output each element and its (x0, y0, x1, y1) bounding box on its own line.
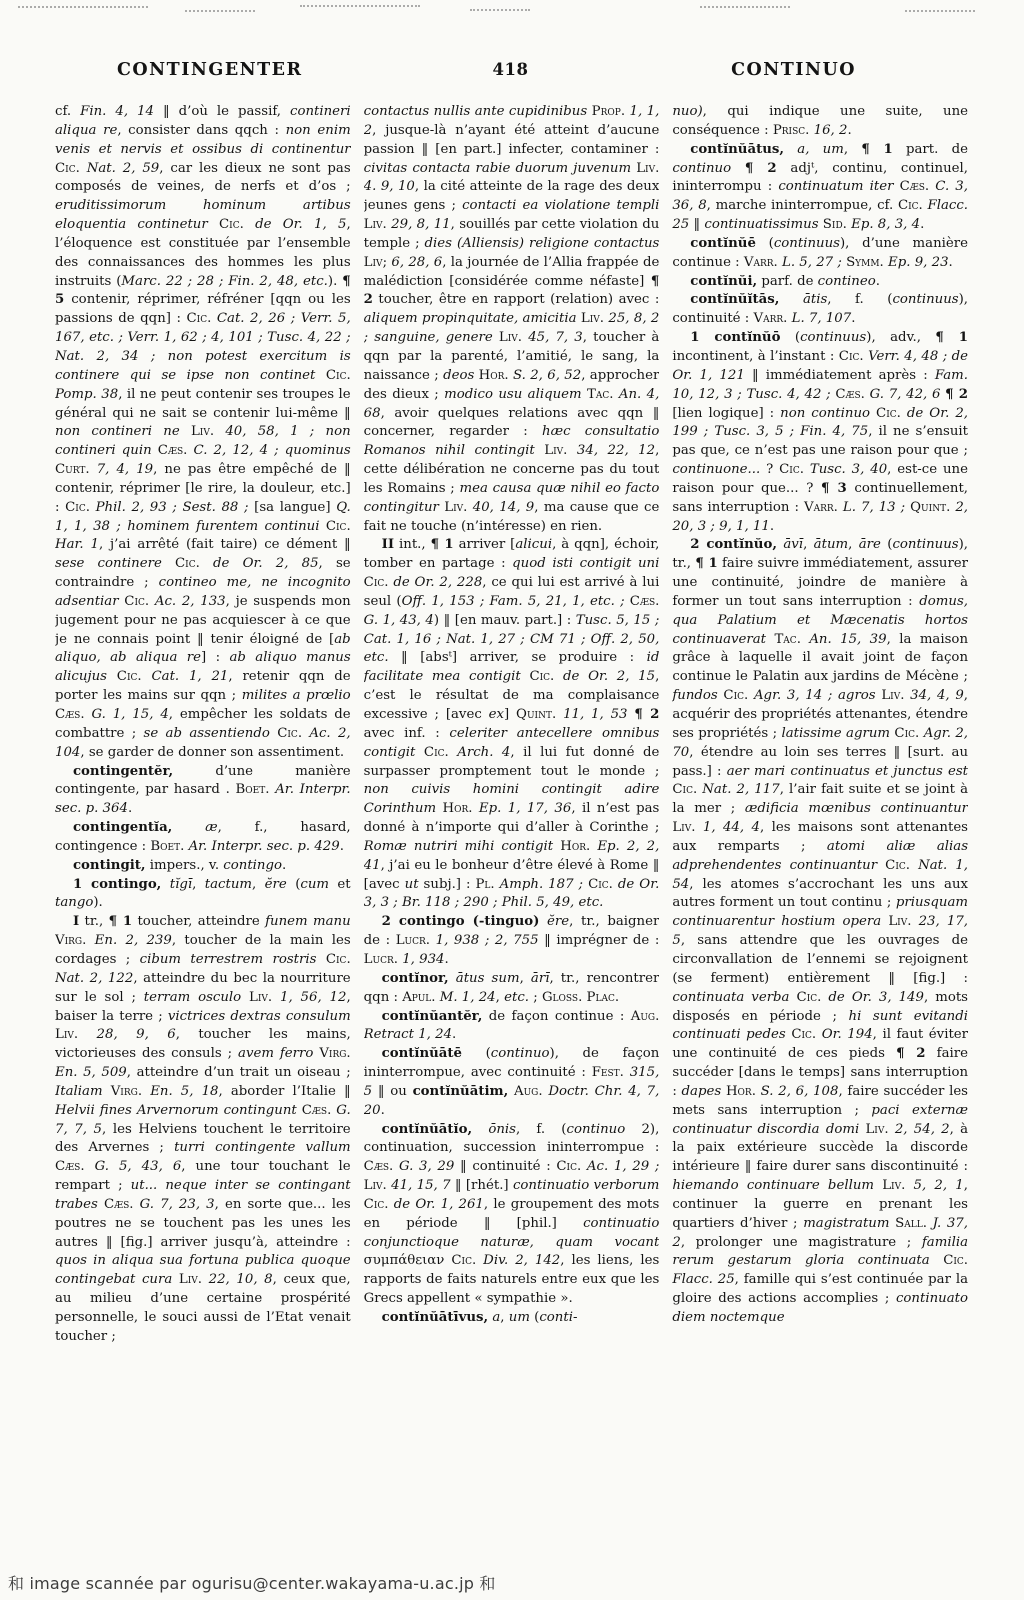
column-2: contactus nullis ante cupidinibus Prop. … (364, 103, 660, 1545)
column-3: nuo), qui indique une suite, une conséqu… (672, 103, 968, 1545)
paragraph: 1 contingo, tĭgī, tactum, ĕre (cum et ta… (55, 876, 351, 914)
paragraph: contingentĕr, d’une manière contingente,… (55, 763, 351, 820)
paragraph: contĭnŭātus, a, um, ¶ 1 part. de continu… (672, 141, 968, 235)
paragraph: contĭnŭē (continuus), d’une manière cont… (672, 235, 968, 273)
scanner-watermark: 和 image scannée par ogurisu@center.wakay… (8, 1571, 496, 1594)
paragraph: contĭnŭātĭo, ōnis, f. (continuo 2), cont… (364, 1121, 660, 1309)
paragraph: contĭnŭĭtās, ātis, f. (continuus), conti… (672, 291, 968, 329)
paragraph: contĭnŭantĕr, de façon continue : Aug. R… (364, 1008, 660, 1046)
page-number: 418 (365, 60, 657, 79)
scan-artifact (700, 6, 790, 8)
scan-artifact (300, 5, 420, 7)
paragraph: contĭnor, ātus sum, ārī, tr., rencontrer… (364, 970, 660, 1008)
paragraph: 2 contĭnŭo, āvī, ātum, āre (continuus), … (672, 536, 968, 1327)
running-head-right: CONTINUO (656, 60, 966, 80)
scan-artifact (905, 10, 975, 12)
paragraph: contactus nullis ante cupidinibus Prop. … (364, 103, 660, 536)
scan-artifact (470, 9, 530, 11)
scanned-dictionary-page: CONTINGENTER 418 CONTINUO cf. Fin. 4, 14… (0, 0, 1024, 1600)
paragraph: cf. Fin. 4, 14 ‖ d’où le passif, contine… (55, 103, 351, 763)
paragraph: contĭnŭātīvus, a, um (conti- (364, 1309, 660, 1328)
running-head-left: CONTINGENTER (55, 60, 365, 80)
paragraph: II int., ¶ 1 arriver [alicui, à qqn], éc… (364, 536, 660, 913)
paragraph: contingit, impers., v. contingo. (55, 857, 351, 876)
paragraph: 2 contingo (-tinguo) ĕre, tr., baigner d… (364, 913, 660, 970)
column-1: cf. Fin. 4, 14 ‖ d’où le passif, contine… (55, 103, 351, 1545)
paragraph: contĭnŭātē (continuo), de façon ininterr… (364, 1045, 660, 1120)
paragraph: I tr., ¶ 1 toucher, atteindre funem manu… (55, 913, 351, 1346)
paragraph: contĭnŭi, parf. de contineo. (672, 273, 968, 292)
paragraph: contingentĭa, æ, f., hasard, contingence… (55, 819, 351, 857)
paragraph: 1 contĭnŭō (continuus), adv., ¶ 1 incont… (672, 329, 968, 536)
text-columns: cf. Fin. 4, 14 ‖ d’où le passif, contine… (55, 103, 968, 1545)
scan-artifact (18, 6, 148, 8)
scan-artifact (185, 10, 255, 12)
running-head: CONTINGENTER 418 CONTINUO (55, 60, 966, 80)
paragraph: nuo), qui indique une suite, une conséqu… (672, 103, 968, 141)
